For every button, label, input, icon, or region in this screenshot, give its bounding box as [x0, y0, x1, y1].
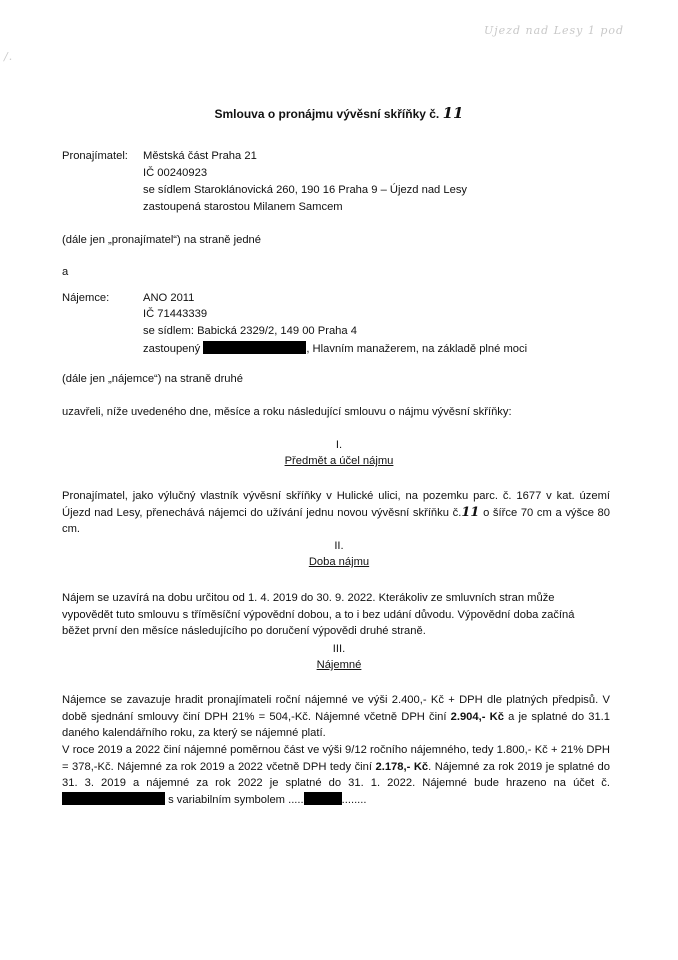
lessor-label: Pronajímatel:: [62, 150, 128, 162]
lessee-ic: IČ 71443339: [143, 308, 207, 320]
lessor-representative: zastoupená starostou Milanem Samcem: [143, 201, 343, 213]
lessee-label: Nájemce:: [62, 292, 109, 304]
redacted-account: [62, 792, 165, 805]
section-1-number: I.: [0, 439, 678, 451]
document-title: Smlouva o pronájmu vývěsní skříňky č. 11: [0, 104, 678, 122]
lessor-address: se sídlem Staroklánovická 260, 190 16 Pr…: [143, 184, 467, 196]
section-1-text: Pronajímatel, jako výlučný vlastník vývě…: [62, 488, 610, 538]
redacted-symbol: [304, 792, 342, 805]
section-1-heading: Předmět a účel nájmu: [0, 455, 678, 467]
section-2-text: Nájem se uzavírá na dobu určitou od 1. 4…: [62, 590, 582, 640]
lessee-name: ANO 2011: [143, 292, 194, 304]
section-2-heading: Doba nájmu: [0, 556, 678, 568]
section-3-paragraph-2: V roce 2019 a 2022 činí nájemné poměrnou…: [62, 742, 610, 808]
redacted-name: [203, 341, 306, 354]
lessor-name: Městská část Praha 21: [143, 150, 257, 162]
represented-prefix: zastoupený: [143, 343, 200, 355]
conjunction: a: [62, 266, 68, 278]
handwritten-number: 11: [461, 505, 479, 520]
represented-suffix: , Hlavním manažerem, na základě plné moc…: [306, 343, 527, 355]
handwritten-annotation: Ujezd nad Lesy 1 pod: [484, 24, 624, 37]
rent-total-bold: 2.904,- Kč: [451, 711, 504, 723]
lessee-note: (dále jen „nájemce“) na straně druhé: [62, 373, 243, 385]
margin-mark: /.: [4, 50, 13, 63]
section-2-heading-text: Doba nájmu: [309, 556, 369, 568]
handwritten-number: 11: [443, 104, 464, 122]
variable-symbol-text: s variabilním symbolem .....: [165, 794, 304, 806]
section-2-number: II.: [0, 540, 678, 552]
title-text: Smlouva o pronájmu vývěsní skříňky č.: [215, 107, 440, 121]
lessor-note: (dále jen „pronajímatel“) na straně jedn…: [62, 234, 261, 246]
dots: ........: [342, 794, 367, 806]
section-3-heading: Nájemné: [0, 659, 678, 671]
partial-rent-bold: 2.178,- Kč: [376, 761, 429, 773]
section-3-paragraph-1: Nájemce se zavazuje hradit pronajímateli…: [62, 692, 610, 742]
section-3-number: III.: [0, 643, 678, 655]
intro-text: uzavřeli, níže uvedeného dne, měsíce a r…: [62, 406, 512, 418]
section-3-heading-text: Nájemné: [317, 659, 362, 671]
lessee-representative: zastoupený , Hlavním manažerem, na zákla…: [143, 341, 527, 355]
section-1-heading-text: Předmět a účel nájmu: [285, 455, 394, 467]
lessee-address: se sídlem: Babická 2329/2, 149 00 Praha …: [143, 325, 357, 337]
lessor-ic: IČ 00240923: [143, 167, 207, 179]
